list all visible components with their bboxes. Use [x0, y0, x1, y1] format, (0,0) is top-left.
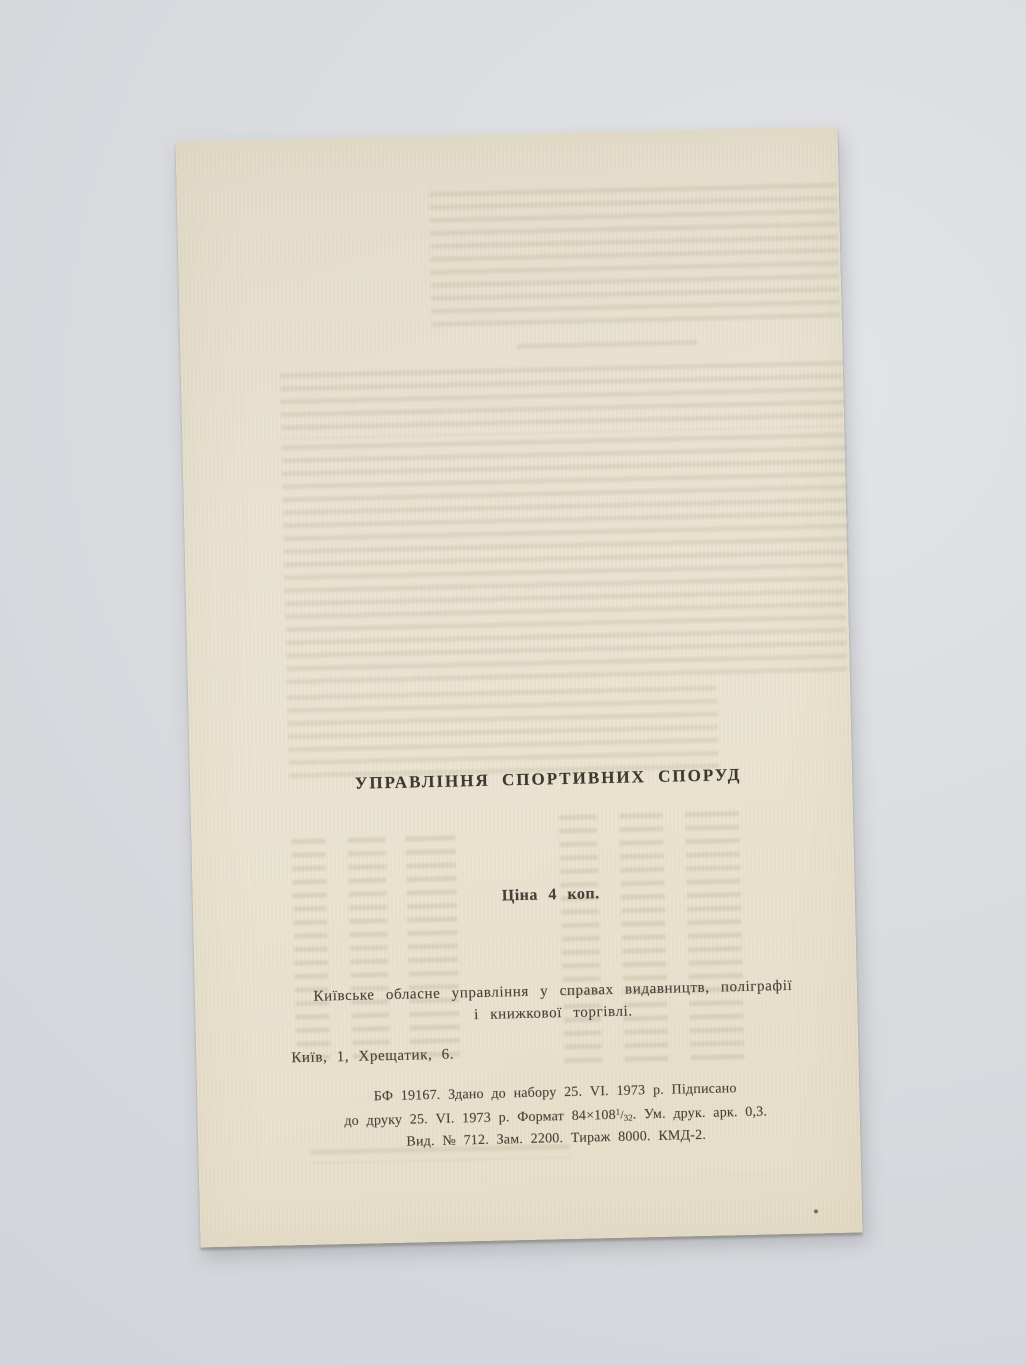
publisher-line-2: і книжкової торгівлі.: [474, 1004, 633, 1024]
publisher-line: Київське обласне управління у справах ви…: [268, 974, 839, 1031]
price-line: Ціна 4 коп.: [266, 880, 836, 911]
publisher-line-1: Київське обласне управління у справах ви…: [313, 978, 792, 1005]
format-fraction-denominator: 32: [624, 1113, 633, 1123]
page-title: УПРАВЛІННЯ СПОРТИВНИХ СПОРУД: [263, 763, 833, 796]
address-line: Київ, 1, Хрещатик, 6.: [291, 1047, 454, 1068]
printed-content: УПРАВЛІННЯ СПОРТИВНИХ СПОРУД Ціна 4 коп.…: [249, 127, 844, 1246]
imprint-block: БФ 19167. Здано до набору 25. VI. 1973 р…: [270, 1077, 841, 1156]
imprint-line-2-text: до друку 25. VI. 1973 р. Формат 84×108: [344, 1108, 616, 1129]
photo-background: УПРАВЛІННЯ СПОРТИВНИХ СПОРУД Ціна 4 коп.…: [0, 0, 1026, 1366]
imprint-line-2-tail: . Ум. друк. арк. 0,3.: [632, 1104, 767, 1122]
document-page: УПРАВЛІННЯ СПОРТИВНИХ СПОРУД Ціна 4 коп.…: [176, 127, 863, 1248]
